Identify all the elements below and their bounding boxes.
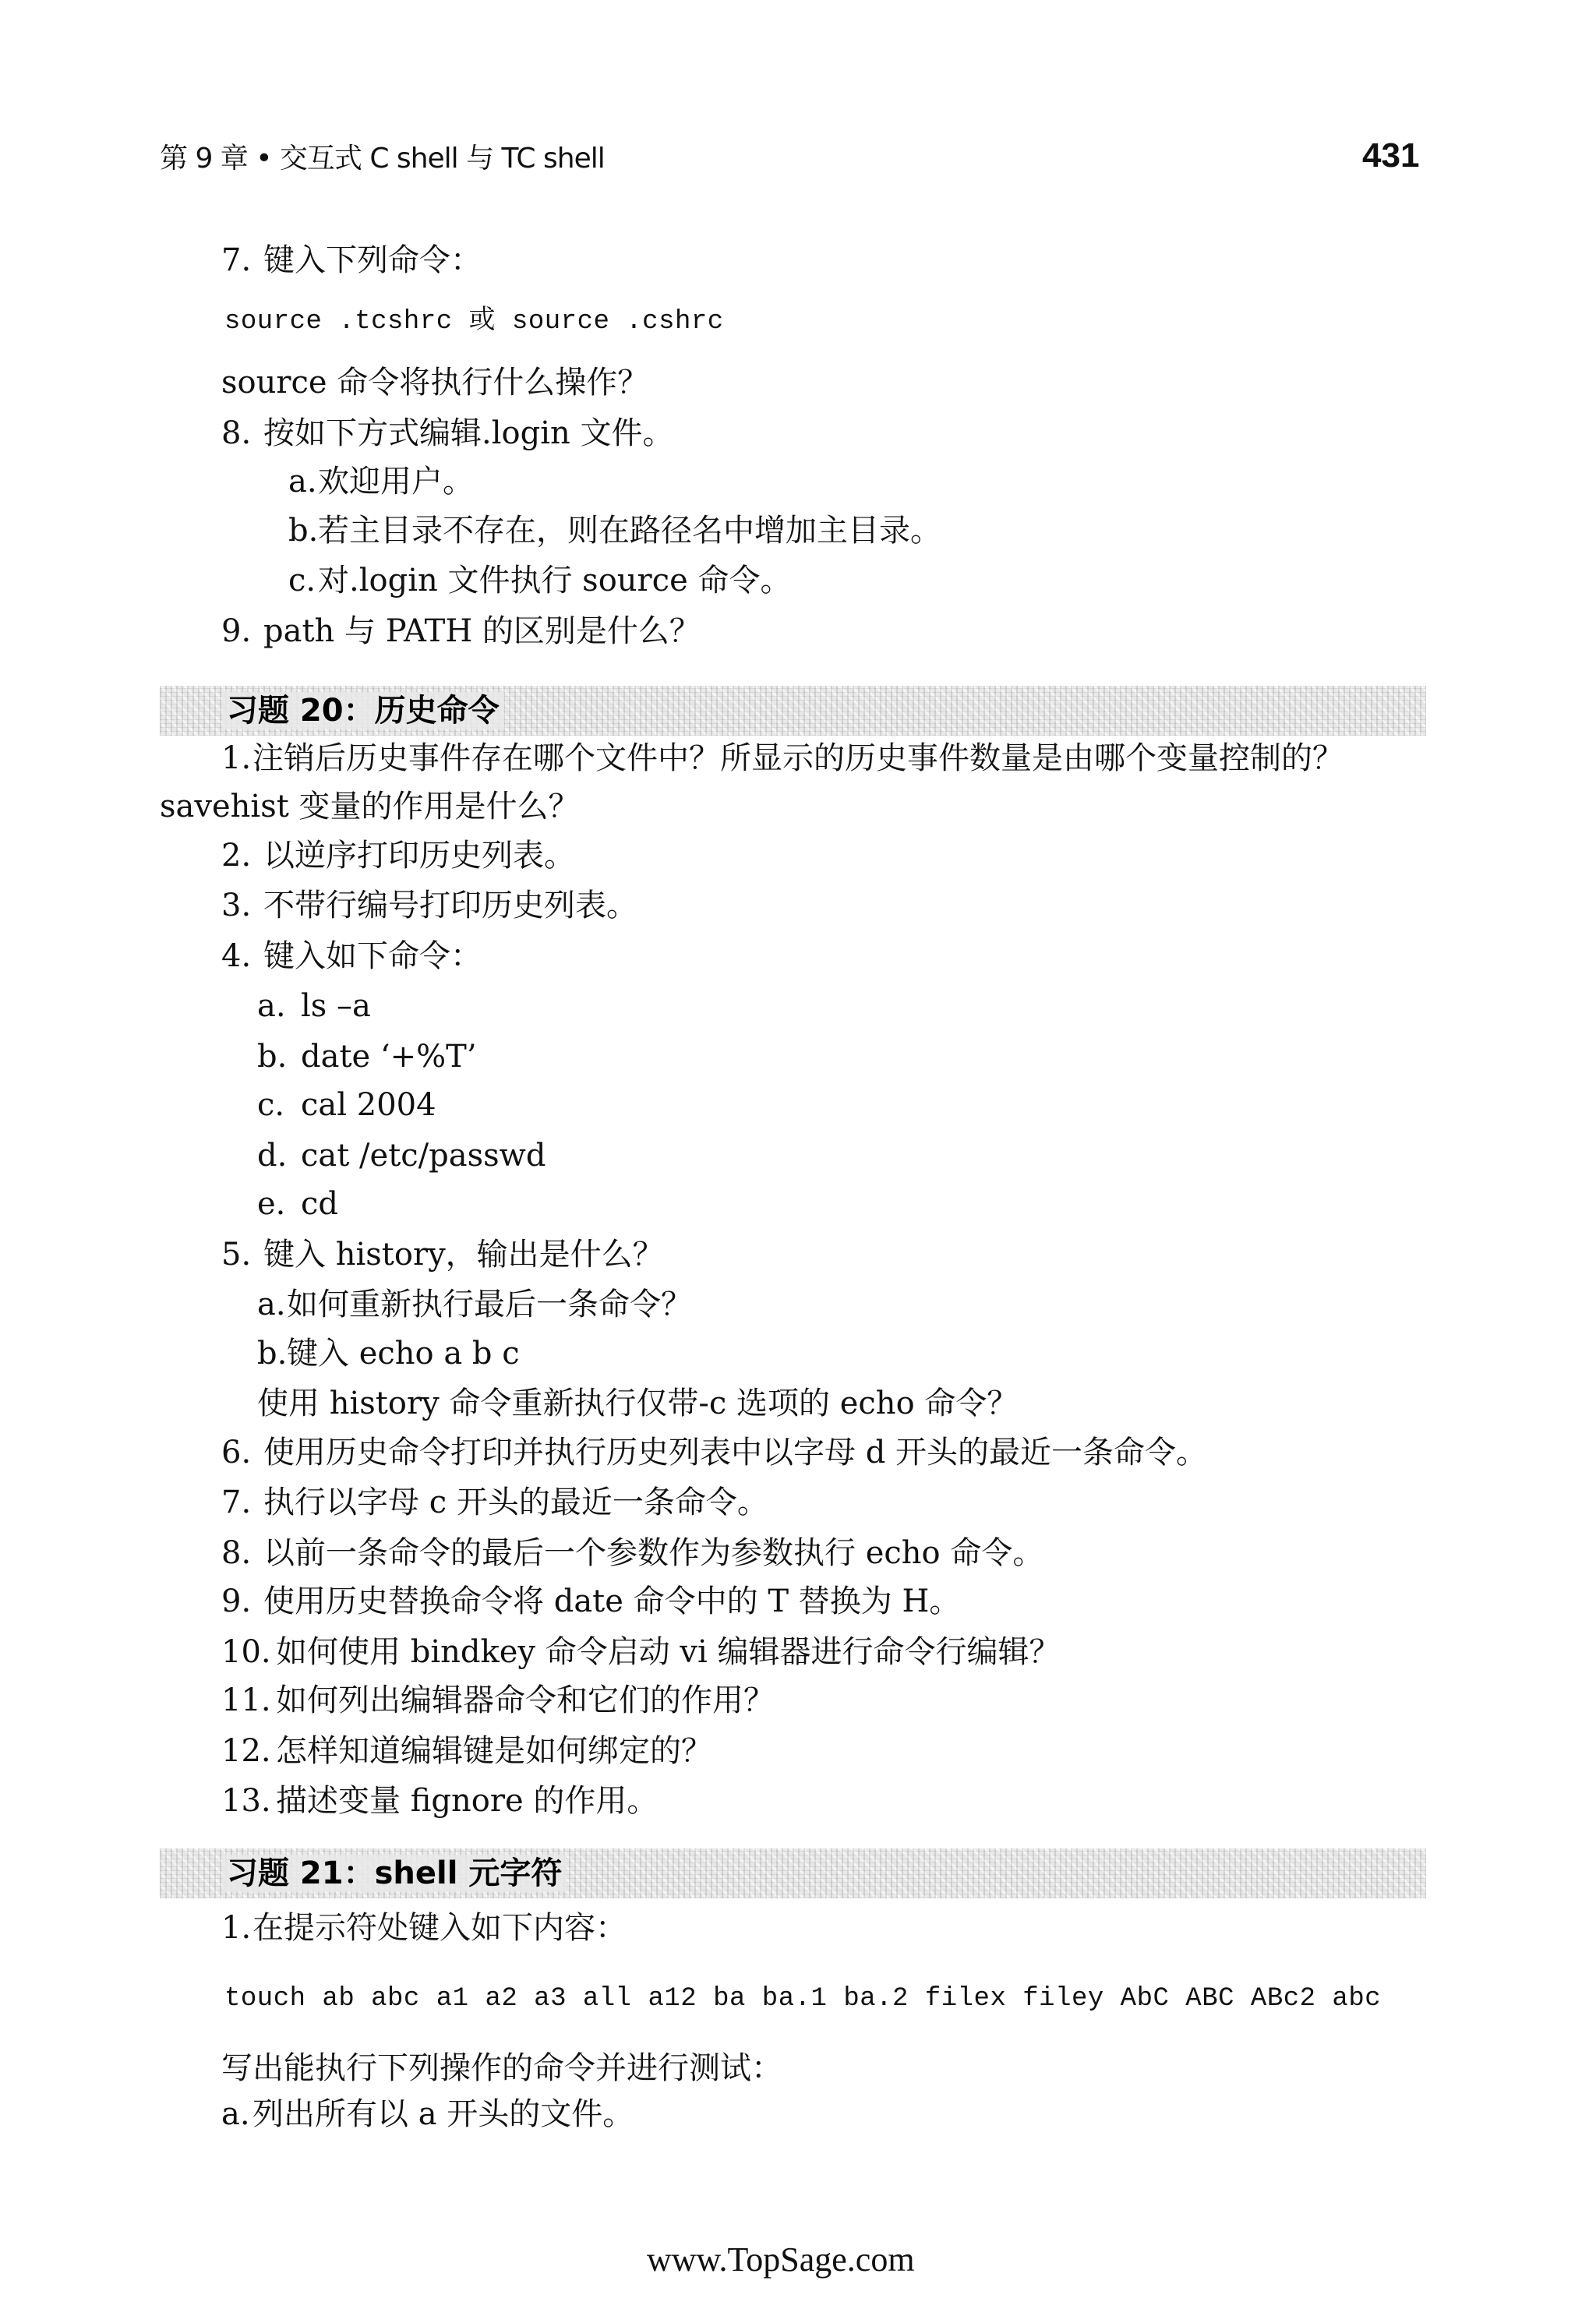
- sub-item: a.如何重新执行最后一条命令？: [257, 1286, 692, 1323]
- sub-item: a.ls –a: [257, 987, 371, 1025]
- question-text: 如何使用 bindkey 命令启动 vi 编辑器进行命令行编辑？: [276, 1634, 1061, 1670]
- section-title: 习题 21：shell 元字符: [222, 1855, 567, 1892]
- question-number: 12.: [221, 1732, 276, 1770]
- sub-item-text: 列出所有以 a 开头的文件。: [252, 2096, 634, 2132]
- question-9: 9.使用历史替换命令将 date 命令中的 T 替换为 H。: [221, 1583, 960, 1620]
- question-7: 7.键入下列命令：: [221, 242, 482, 279]
- question-text: 使用历史替换命令将 date 命令中的 T 替换为 H。: [263, 1583, 960, 1619]
- question-text: 怎样知道编辑键是如何绑定的？: [276, 1733, 712, 1769]
- sub-item-text: 键入 echo a b c: [287, 1336, 520, 1372]
- question-1: 1.注销后历史事件存在哪个文件中？所显示的历史事件数量是由哪个变量控制的？: [221, 740, 1344, 777]
- question-text: 执行以字母 c 开头的最近一条命令。: [263, 1485, 768, 1520]
- sub-item-label: a.: [221, 2095, 252, 2133]
- question-11: 11.如何列出编辑器命令和它们的作用？: [221, 1682, 775, 1719]
- question-8: 8.以前一条命令的最后一个参数作为参数执行 echo 命令。: [221, 1534, 1043, 1572]
- section-21-banner: 习题 21：shell 元字符: [160, 1848, 1426, 1898]
- sub-item-text: 对.login 文件执行 source 命令。: [318, 563, 791, 598]
- question-number: 3.: [221, 887, 263, 924]
- question-number: 8.: [221, 415, 263, 452]
- question-number: 7.: [221, 242, 263, 279]
- question-number: 2.: [221, 837, 263, 874]
- question-7-followup: source 命令将执行什么操作？: [221, 364, 648, 401]
- question-number: 9.: [221, 613, 263, 650]
- sub-item-label: a.: [288, 463, 318, 500]
- question-text: path 与 PATH 的区别是什么？: [263, 613, 701, 649]
- question-number: 6.: [221, 1434, 263, 1471]
- question-number: 13.: [221, 1782, 276, 1820]
- code-snippet: source .tcshrc 或 source .cshrc: [224, 303, 724, 341]
- sub-item-text: date ‘+%T’: [301, 1039, 477, 1075]
- sub-item-text: cd: [301, 1186, 338, 1222]
- section-title: 习题 20：历史命令: [222, 692, 504, 729]
- question-8: 8.按如下方式编辑.login 文件。: [221, 415, 673, 452]
- question-text: 在提示符处键入如下内容：: [252, 1910, 627, 1946]
- sub-item-text: 如何重新执行最后一条命令？: [287, 1287, 692, 1322]
- sub-item: b.键入 echo a b c: [257, 1335, 520, 1372]
- sub-item: c.对.login 文件执行 source 命令。: [288, 562, 791, 599]
- sub-item-label: a.: [257, 987, 301, 1025]
- sub-item: e.cd: [257, 1185, 338, 1223]
- section-20-banner: 习题 20：历史命令: [160, 686, 1426, 736]
- question-number: 9.: [221, 1583, 263, 1620]
- question-5-followup: 使用 history 命令重新执行仅带-c 选项的 echo 命令？: [257, 1385, 1018, 1422]
- question-text: 以逆序打印历史列表。: [263, 838, 575, 874]
- question-text: 按如下方式编辑.login 文件。: [263, 415, 673, 451]
- sub-item-label: b.: [257, 1335, 287, 1372]
- question-text: 不带行编号打印历史列表。: [263, 888, 637, 923]
- question-6: 6.使用历史命令打印并执行历史列表中以字母 d 开头的最近一条命令。: [221, 1434, 1207, 1471]
- sub-item-label: b.: [288, 512, 318, 549]
- question-1-followup: 写出能执行下列操作的命令并进行测试：: [221, 2049, 782, 2087]
- sub-item-label: e.: [257, 1185, 301, 1223]
- sub-item: a.列出所有以 a 开头的文件。: [221, 2095, 634, 2133]
- question-text: 键入 history，输出是什么？: [263, 1237, 664, 1273]
- question-4: 4.键入如下命令：: [221, 937, 482, 975]
- question-text: 键入下列命令：: [263, 242, 482, 278]
- question-number: 1.: [221, 740, 252, 777]
- question-text: 键入如下命令：: [263, 938, 482, 974]
- sub-item-label: c.: [288, 562, 318, 599]
- question-number: 5.: [221, 1236, 263, 1273]
- sub-item: b.若主目录不存在，则在路径名中增加主目录。: [288, 512, 941, 549]
- sub-item-label: d.: [257, 1137, 301, 1174]
- question-text: 使用历史命令打印并执行历史列表中以字母 d 开头的最近一条命令。: [263, 1435, 1207, 1470]
- sub-item: d.cat /etc/passwd: [257, 1137, 546, 1174]
- footer-watermark: www.TopSage.com: [647, 2241, 915, 2279]
- question-text: 如何列出编辑器命令和它们的作用？: [276, 1682, 775, 1718]
- question-text: 注销后历史事件存在哪个文件中？所显示的历史事件数量是由哪个变量控制的？: [252, 740, 1344, 776]
- sub-item: b.date ‘+%T’: [257, 1038, 477, 1075]
- question-1: 1.在提示符处键入如下内容：: [221, 1909, 627, 1947]
- question-5: 5.键入 history，输出是什么？: [221, 1236, 664, 1273]
- question-12: 12.怎样知道编辑键是如何绑定的？: [221, 1732, 712, 1770]
- sub-item-text: cal 2004: [301, 1087, 436, 1123]
- sub-item-text: 若主目录不存在，则在路径名中增加主目录。: [318, 513, 941, 549]
- page-number: 431: [1362, 137, 1419, 175]
- code-snippet: touch ab abc a1 a2 a3 all a12 ba ba.1 ba…: [224, 1980, 1381, 2018]
- question-2: 2.以逆序打印历史列表。: [221, 837, 575, 874]
- chapter-header: 第 9 章 • 交互式 C shell 与 TC shell: [160, 140, 605, 178]
- sub-item-text: cat /etc/passwd: [301, 1138, 546, 1174]
- question-10: 10.如何使用 bindkey 命令启动 vi 编辑器进行命令行编辑？: [221, 1633, 1061, 1671]
- question-number: 7.: [221, 1484, 263, 1521]
- sub-item-text: 欢迎用户。: [318, 464, 474, 500]
- question-text: 描述变量 fignore 的作用。: [276, 1783, 658, 1819]
- question-13: 13.描述变量 fignore 的作用。: [221, 1782, 658, 1820]
- question-number: 8.: [221, 1534, 263, 1572]
- question-9: 9.path 与 PATH 的区别是什么？: [221, 613, 701, 650]
- question-number: 1.: [221, 1909, 252, 1947]
- question-7: 7.执行以字母 c 开头的最近一条命令。: [221, 1484, 768, 1521]
- question-number: 11.: [221, 1682, 276, 1719]
- question-3: 3.不带行编号打印历史列表。: [221, 887, 637, 924]
- sub-item: c.cal 2004: [257, 1086, 436, 1124]
- sub-item-label: c.: [257, 1086, 301, 1124]
- sub-item: a.欢迎用户。: [288, 463, 474, 500]
- question-number: 10.: [221, 1633, 276, 1671]
- sub-item-text: ls –a: [301, 988, 371, 1024]
- question-text: 以前一条命令的最后一个参数作为参数执行 echo 命令。: [263, 1535, 1043, 1571]
- question-1-continued: savehist 变量的作用是什么？: [160, 788, 580, 825]
- sub-item-label: b.: [257, 1038, 301, 1075]
- sub-item-label: a.: [257, 1286, 287, 1323]
- question-number: 4.: [221, 937, 263, 975]
